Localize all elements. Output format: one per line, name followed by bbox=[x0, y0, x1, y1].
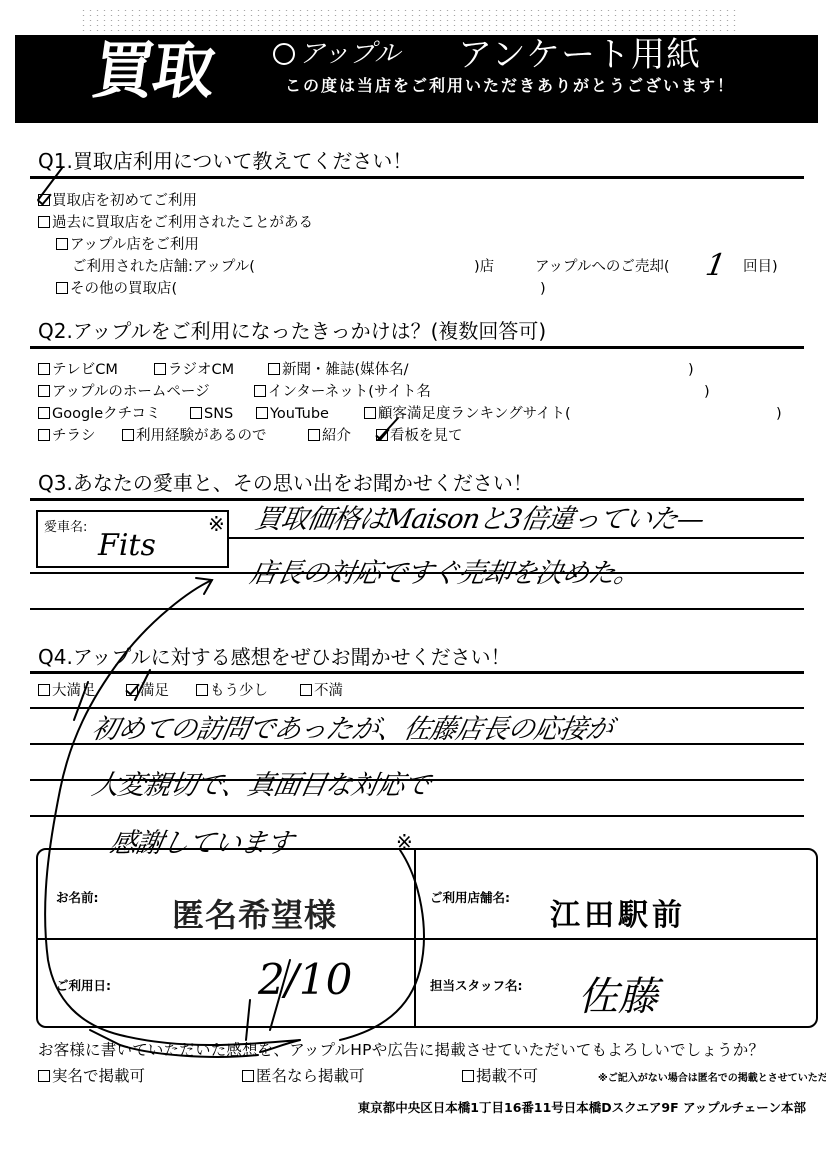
divider bbox=[38, 938, 816, 940]
q2-option-sns[interactable]: SNS bbox=[190, 404, 256, 424]
q2-option-internet[interactable]: インターネット(サイト名 bbox=[254, 382, 704, 402]
q2-option-radio-cm[interactable]: ラジオCM bbox=[154, 360, 268, 380]
name-value[interactable]: 匿名希望様 bbox=[172, 890, 337, 936]
q3-answer-line-2[interactable]: 店長の対応ですぐ売却を決めた。 bbox=[247, 558, 643, 590]
q1-sale-count-value[interactable]: 1 bbox=[703, 250, 727, 282]
divider bbox=[30, 176, 804, 179]
q2-row-4: チラシ利用経験があるので紹介看板を見て bbox=[38, 426, 463, 446]
consent-option-anonymous[interactable]: 匿名なら掲載可 bbox=[242, 1064, 422, 1086]
divider bbox=[30, 346, 804, 349]
q1-option-apple-store[interactable]: アップル店をご利用 bbox=[56, 235, 199, 255]
divider bbox=[30, 498, 804, 501]
q2-option-google[interactable]: Googleクチコミ bbox=[38, 404, 190, 424]
header-banner: 買取 アップル アンケート用紙 この度は当店をご利用いただきありがとうございます… bbox=[15, 35, 818, 123]
consent-question: お客様に書いていただいた感想を、アップルHPや広告に掲載させていただいてもよろし… bbox=[38, 1038, 764, 1060]
q4-option-somewhat[interactable]: もう少し bbox=[196, 681, 300, 701]
checkbox-checked[interactable] bbox=[376, 429, 388, 441]
q2-option-tv-cm[interactable]: テレビCM bbox=[38, 360, 154, 380]
car-name-label: 愛車名: bbox=[44, 516, 87, 535]
form-title: アンケート用紙 bbox=[458, 35, 701, 75]
checkbox[interactable] bbox=[38, 1070, 50, 1082]
checkbox[interactable] bbox=[254, 385, 266, 397]
checkbox[interactable] bbox=[56, 282, 68, 294]
q1-sale-count-suffix: 回目) bbox=[743, 257, 778, 277]
checkbox[interactable] bbox=[38, 407, 50, 419]
answer-line bbox=[30, 815, 804, 817]
checkbox[interactable] bbox=[190, 407, 202, 419]
q2-option-homepage[interactable]: アップルのホームページ bbox=[38, 382, 254, 402]
divider bbox=[30, 671, 804, 674]
car-name-box[interactable]: 愛車名: Fits bbox=[36, 510, 229, 568]
apple-logo-icon bbox=[273, 43, 295, 65]
staff-label: 担当スタッフ名: bbox=[430, 976, 523, 994]
checkbox[interactable] bbox=[56, 238, 68, 250]
q1-heading: Q1.買取店利用について教えてください！ bbox=[38, 148, 412, 174]
q1-other-close: ) bbox=[540, 279, 546, 299]
checkbox-checked[interactable] bbox=[126, 684, 138, 696]
q1-used-store-label: ご利用された店舗:アップル( bbox=[72, 257, 255, 277]
checkbox[interactable] bbox=[38, 216, 50, 228]
q4-answer-line-1[interactable]: 初めての訪問であったが、佐藤店長の応接が bbox=[89, 714, 614, 746]
form-subtitle: この度は当店をご利用いただきありがとうございます！ bbox=[285, 75, 735, 97]
checkbox-checked[interactable] bbox=[38, 194, 50, 206]
checkbox[interactable] bbox=[308, 429, 320, 441]
staff-value[interactable]: 佐藤 bbox=[578, 965, 658, 1022]
checkbox[interactable] bbox=[256, 407, 268, 419]
q4-options: 大満足満足もう少し不満 bbox=[38, 681, 343, 701]
consent-options: 実名で掲載可匿名なら掲載可掲載不可※ご記入がない場合は匿名での掲載とさせていただ… bbox=[38, 1064, 826, 1086]
q4-option-satisfied[interactable]: 満足 bbox=[126, 681, 196, 701]
q2-row-2: アップルのホームページインターネット(サイト名) bbox=[38, 382, 710, 402]
q4-heading: Q4.アップルに対する感想をぜひお聞かせください！ bbox=[38, 644, 511, 670]
car-name-value[interactable]: Fits bbox=[98, 528, 156, 563]
kaitori-logo: 買取 bbox=[88, 35, 218, 107]
q2-row-3: GoogleクチコミSNSYouTube顧客満足度ランキングサイト() bbox=[38, 404, 782, 424]
q2-option-youtube[interactable]: YouTube bbox=[256, 404, 364, 424]
checkbox[interactable] bbox=[38, 363, 50, 375]
q2-option-ranking-site[interactable]: 顧客満足度ランキングサイト( bbox=[364, 404, 776, 424]
answer-line bbox=[30, 608, 804, 610]
footer-address: 東京都中央区日本橋1丁目16番11号日本橋Dスクエア9F アップルチェーン本部 bbox=[358, 1098, 806, 1116]
q2-option-experience[interactable]: 利用経験があるので bbox=[122, 426, 308, 446]
q2-heading: Q2.アップルをご利用になったきっかけは？(複数回答可) bbox=[38, 318, 546, 344]
customer-info-box: お名前: 匿名希望様 ご利用店舗名: 江田駅前 ご利用日: 2/10 担当スタッ… bbox=[36, 848, 818, 1028]
checkbox[interactable] bbox=[122, 429, 134, 441]
name-label: お名前: bbox=[56, 888, 99, 906]
q3-heading: Q3.あなたの愛車と、その思い出をお聞かせください！ bbox=[38, 470, 533, 496]
date-value[interactable]: 2/10 bbox=[258, 955, 352, 1004]
checkbox[interactable] bbox=[300, 684, 312, 696]
store-value[interactable]: 江田駅前 bbox=[550, 890, 686, 934]
q1-option-other-store[interactable]: その他の買取店( bbox=[56, 279, 177, 299]
q1-option-used-before[interactable]: 過去に買取店をご利用されたことがある bbox=[38, 213, 313, 233]
checkbox[interactable] bbox=[462, 1070, 474, 1082]
checkbox[interactable] bbox=[38, 684, 50, 696]
checkbox[interactable] bbox=[268, 363, 280, 375]
store-label: ご利用店舗名: bbox=[430, 888, 510, 906]
checkbox[interactable] bbox=[196, 684, 208, 696]
q3-answer-line-1[interactable]: 買取価格はMaisonと3倍違っていた— bbox=[252, 504, 706, 536]
q1-option-first-time[interactable]: 買取店を初めてご利用 bbox=[38, 191, 197, 211]
q2-option-signboard[interactable]: 看板を見て bbox=[376, 426, 463, 446]
consent-option-real-name[interactable]: 実名で掲載可 bbox=[38, 1064, 202, 1086]
consent-option-not-allowed[interactable]: 掲載不可 bbox=[462, 1064, 582, 1086]
q2-option-flyer[interactable]: チラシ bbox=[38, 426, 122, 446]
q4-option-dissatisfied[interactable]: 不満 bbox=[300, 681, 343, 701]
q1-used-store-suffix: )店 bbox=[474, 257, 494, 277]
consent-note: ※ご記入がない場合は匿名での掲載とさせていただきます。 bbox=[598, 1073, 826, 1084]
note-mark: ※ bbox=[208, 512, 225, 536]
scan-noise bbox=[80, 8, 740, 36]
checkbox[interactable] bbox=[364, 407, 376, 419]
q4-answer-line-2[interactable]: 大変親切で、真面目な対応で bbox=[89, 770, 432, 802]
q4-option-very-satisfied[interactable]: 大満足 bbox=[38, 681, 126, 701]
answer-line bbox=[30, 707, 804, 709]
checkbox[interactable] bbox=[154, 363, 166, 375]
q1-sale-count-label: アップルへのご売却( bbox=[535, 257, 670, 277]
date-label: ご利用日: bbox=[56, 976, 111, 994]
answer-line bbox=[229, 537, 804, 539]
checkbox[interactable] bbox=[38, 385, 50, 397]
q2-option-newspaper[interactable]: 新聞・雑誌(媒体名/ bbox=[268, 360, 688, 380]
brand-name: アップル bbox=[299, 37, 400, 71]
q2-row-1: テレビCMラジオCM新聞・雑誌(媒体名/) bbox=[38, 360, 694, 380]
q2-option-referral[interactable]: 紹介 bbox=[308, 426, 376, 446]
checkbox[interactable] bbox=[242, 1070, 254, 1082]
checkbox[interactable] bbox=[38, 429, 50, 441]
